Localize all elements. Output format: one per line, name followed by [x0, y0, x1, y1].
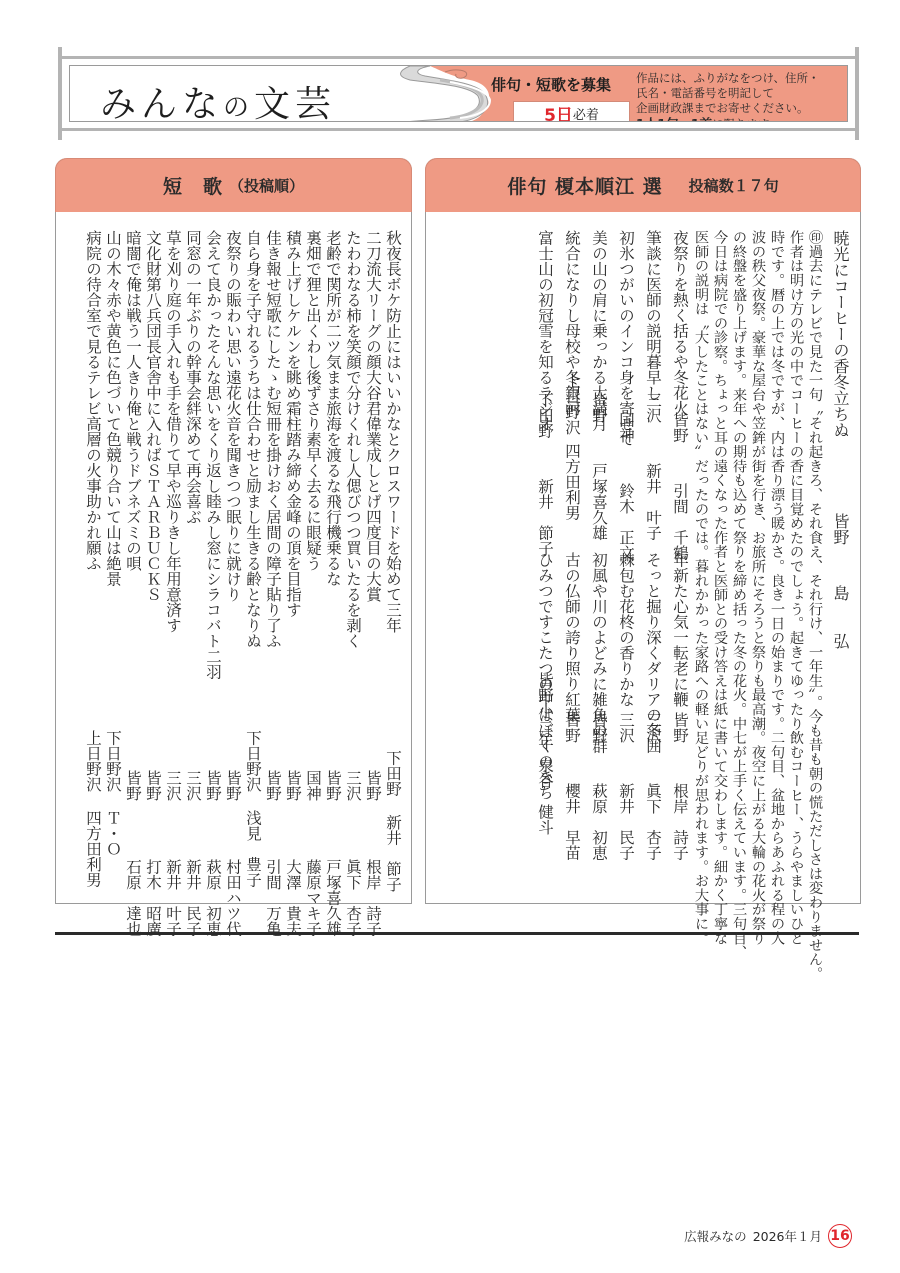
commentary-line: 作者は明け方の光の中でコーヒーの香に目覚めたのでしょう。起きてゆったり飲むコーヒ… — [786, 230, 805, 880]
author-name: 萩原 初恵 — [590, 783, 608, 861]
tanka-author: 皆野打木 昭廣 — [143, 770, 163, 937]
tanka-author: 下田野新井 節子 — [383, 750, 403, 892]
author-name: 眞下 杏子 — [344, 859, 362, 937]
tanka-header: 短 歌 （投稿順） — [55, 158, 412, 212]
tanka-author: 上日野沢四方田利男 — [83, 730, 103, 888]
author-location: 皆野 — [831, 513, 850, 545]
tanka-item: 夜祭りの賑わい思い遠花火音を聞きつつ眠りに就けり皆野村田ハツ代 — [223, 230, 243, 890]
tanka-author: 国神藤原マキ子 — [303, 770, 323, 937]
haiku-item: 年新た心気一転老に鞭皆野根岸 詩子 — [663, 552, 690, 882]
banner-inner: みんなの文芸 俳句・短歌を募集 5日 必着 作品には、ふりがなをつけ、住所・ 氏… — [69, 65, 848, 122]
author-location: 下日野沢 — [244, 730, 262, 792]
author-name: 島 弘 — [831, 585, 850, 649]
tanka-author: 三沢新井 叶子 — [163, 770, 183, 937]
page-title: みんなの文芸 — [100, 76, 336, 122]
author-location: 三沢 — [164, 770, 182, 801]
haiku-item: 筆談に医師の説明暮早し三沢新井 叶子 — [636, 230, 663, 560]
author-location: 皆野 — [590, 392, 608, 423]
tanka-poem: 同窓の一年ぶりの幹事会絆深めて再会喜ぶ — [183, 230, 203, 525]
tanka-item: 老齢で関所が二ツ気まま旅海を渡るな飛行機乗るな皆野戸塚喜久雄 — [323, 230, 343, 890]
author-location: 三沢 — [644, 392, 662, 423]
tanka-item: 草を刈り庭の手入れも手を借りて早や巡りきし年用意済す三沢新井 叶子 — [163, 230, 183, 890]
featured-author: 皆野島 弘 — [830, 513, 850, 649]
author-location: 下田野 — [536, 392, 554, 439]
author-name: 新井 節子 — [536, 479, 554, 557]
commentary-line: ㊞過去にテレビで見た一句〝それ起きろ、それ食え、それ行け、一年生〟。今も昔も朝の… — [805, 230, 824, 880]
deadline-day: 5日 — [544, 101, 573, 122]
tanka-poem: 佳き報せ短歌にしたゝむ短冊を掛けおく居間の障子貼り了ふ — [263, 230, 283, 649]
title-part-1: みんな — [100, 84, 223, 122]
author-location: 国神 — [304, 770, 322, 801]
author-location: 皆野 — [671, 712, 689, 743]
featured-poem-column: 暁光にコーヒーの香冬立ちぬ 皆野島 弘 — [824, 230, 850, 880]
tanka-poem: 秋夜長ボケ防止にはいいかなとクロスワードを始めて三年 — [383, 230, 403, 633]
tanka-panel: 短 歌 （投稿順） 秋夜長ボケ防止にはいいかなとクロスワードを始めて三年下田野新… — [55, 158, 412, 904]
issue-date: 2026年１月 — [753, 1227, 822, 1245]
author-location: 三沢 — [344, 770, 362, 801]
commentary-line: の終盤を盛り上げます。来年への期待も込めて祭りを締め括った冬の花火。中七が上手く… — [729, 230, 748, 880]
author-name: 浅見 豊子 — [244, 810, 262, 888]
author-location: 皆野 — [204, 770, 222, 801]
author-name: 戸塚喜久雄 — [324, 859, 342, 937]
haiku-poem: 筆談に医師の説明暮早し — [643, 230, 663, 401]
tanka-poem: 裏畑で狸と出くわし後ずさり素早く去るに眼疑う — [303, 230, 323, 571]
author-location: 三沢 — [184, 770, 202, 801]
author-name: 新井 民子 — [184, 859, 202, 937]
author-name: 櫻井 早苗 — [563, 783, 581, 861]
tanka-title: 短 歌 — [163, 172, 223, 199]
tanka-author: 皆野村田ハツ代 — [223, 770, 243, 937]
author-name: 根岸 詩子 — [671, 783, 689, 861]
author-name: 大澤 貴夫 — [284, 859, 302, 937]
commentary-line: 時です。暦の上では冬ですが、内は香り漂う暖かさ。良き一日の始まりです。二句目、盆… — [767, 230, 786, 880]
recruit-notes: 作品には、ふりがなをつけ、住所・ 氏名・電話番号を明記して 企画財政課までお寄せ… — [636, 71, 848, 122]
haiku-poem: 古の仏師の誇り照り紅葉 — [562, 552, 582, 723]
haiku-panel: 俳句 榎本順江 選 投稿数１７句 暁光にコーヒーの香冬立ちぬ 皆野島 弘 ㊞過去… — [425, 158, 861, 904]
author-name: 萩原 初恵 — [204, 859, 222, 937]
author-name: 新井 叶子 — [644, 463, 662, 541]
author-name: 引間 千鶴 — [671, 483, 689, 561]
tanka-author: 皆野根岸 詩子 — [363, 770, 383, 937]
tanka-item: 会えて良かったそんな思いをくり返し睦みし窓にシラコバト二羽皆野萩原 初恵 — [203, 230, 223, 890]
haiku-poem: 年新た心気一転老に鞭 — [670, 552, 690, 707]
author-name: 石原 達也 — [124, 859, 142, 937]
author-location: 下日野沢 — [104, 730, 122, 792]
haiku-author: 皆野戸塚喜久雄 — [589, 392, 609, 541]
author-name: 新井 民子 — [617, 783, 635, 861]
tanka-item: 佳き報せ短歌にしたゝむ短冊を掛けおく居間の障子貼り了ふ皆野引間 万亀 — [263, 230, 283, 890]
tanka-poem: 山の木々赤や黄色に色づいて色競り合いて山は絶景 — [103, 230, 123, 587]
page-footer: 広報みなの 2026年１月 16 — [684, 1224, 852, 1248]
commentary-line: 今日は病院での診察。ちょっと耳の遠くなった作者と医師との受け答えは紙に書いて交わ… — [710, 230, 729, 880]
haiku-count: 投稿数１７句 — [689, 175, 779, 196]
author-name: 眞下 杏子 — [644, 783, 662, 861]
author-location: 皆野 — [671, 412, 689, 443]
author-location: 上日野沢 — [563, 373, 581, 435]
author-location: 皆野 — [284, 770, 302, 801]
haiku-author: 三沢新井 叶子 — [643, 392, 663, 541]
haiku-author: 国神鈴木 正文 — [616, 412, 636, 561]
tanka-item: たわわなる柿を笑顔で分けくれし人偲びつつ買いたるを剥く三沢眞下 杏子 — [343, 230, 363, 890]
author-location: 皆野 — [563, 712, 581, 743]
tanka-poem: たわわなる柿を笑顔で分けくれし人偲びつつ買いたるを剥く — [343, 230, 363, 649]
author-name: 四方田利男 — [563, 443, 581, 521]
haiku-header: 俳句 榎本順江 選 投稿数１７句 — [425, 158, 861, 212]
commentary-line: 波の秩父夜祭。豪華な屋台や笠鉾が街を行き、お旅所にそろうと祭りも最高潮。夜空に上… — [748, 230, 767, 880]
page-number: 16 — [828, 1224, 852, 1248]
haiku-author: 下田野新井 節子 — [535, 392, 555, 556]
haiku-content: 暁光にコーヒーの香冬立ちぬ 皆野島 弘 ㊞過去にテレビで見た一句〝それ起きろ、そ… — [440, 230, 850, 890]
haiku-item: 美の山の肩に乗っかる大満月皆野戸塚喜久雄 — [582, 230, 609, 560]
haiku-author: 三沢新井 民子 — [616, 712, 636, 861]
tanka-poem: 老齢で関所が二ツ気まま旅海を渡るな飛行機乗るな — [323, 230, 343, 587]
tanka-item: 二刀流大リーグの顔大谷君偉業成しとげ四度目の大賞皆野根岸 詩子 — [363, 230, 383, 890]
haiku-list-lower: 年新た心気一転老に鞭皆野根岸 詩子そっと掘り深くダリアの冬囲三沢眞下 杏子棘包む… — [528, 552, 690, 882]
author-name: Ｔ・Ｏ — [104, 810, 122, 857]
tanka-item: 文化財第八兵団長官舎中に入ればＳＴＡＲＢＵＣＫＳ皆野打木 昭廣 — [143, 230, 163, 890]
limit-rest: に限ります。 — [712, 117, 780, 122]
tanka-poem: 二刀流大リーグの顔大谷君偉業成しとげ四度目の大賞 — [363, 230, 383, 602]
tanka-author: 皆野石原 達也 — [123, 770, 143, 937]
commentary: ㊞過去にテレビで見た一句〝それ起きろ、それ食え、それ行け、一年生〟。今も昔も朝の… — [691, 230, 824, 880]
author-location: 上日野沢 — [84, 730, 102, 792]
haiku-item: 棘包む花柊の香りかな三沢新井 民子 — [609, 552, 636, 882]
title-no: の — [223, 93, 254, 122]
tanka-item: 山の木々赤や黄色に色づいて色競り合いて山は絶景下日野沢Ｔ・Ｏ — [103, 230, 123, 890]
header-banner: みんなの文芸 俳句・短歌を募集 5日 必着 作品には、ふりがなをつけ、住所・ 氏… — [62, 56, 855, 131]
title-part-2: 文芸 — [254, 84, 336, 122]
haiku-item: 初風や川のよどみに雑魚の群皆野萩原 初恵 — [582, 552, 609, 882]
author-name: 泉谷 健斗 — [536, 758, 554, 836]
author-location: 皆野 — [224, 770, 242, 801]
haiku-author: 皆野根岸 詩子 — [670, 712, 690, 861]
author-location: 皆野 — [590, 712, 608, 743]
limit-bold: 1人1句、1首 — [636, 116, 712, 122]
author-location: 皆野 — [264, 770, 282, 801]
haiku-author: 三沢眞下 杏子 — [643, 712, 663, 861]
author-location: 皆野 — [144, 770, 162, 801]
author-name: 引間 万亀 — [264, 859, 282, 937]
author-name: 打木 昭廣 — [144, 859, 162, 937]
haiku-author: 上日野沢四方田利男 — [562, 373, 582, 521]
haiku-item: 統合になりし母校や冬銀河上日野沢四方田利男 — [555, 230, 582, 560]
commentary-line: 医師の説明は〝大したことはない〟だったのでは。暮れかかった家路への軽い足どりが思… — [691, 230, 710, 880]
tanka-item: 同窓の一年ぶりの幹事会絆深めて再会喜ぶ三沢新井 民子 — [183, 230, 203, 890]
tanka-author: 皆野大澤 貴夫 — [283, 770, 303, 937]
tanka-item: 秋夜長ボケ防止にはいいかなとクロスワードを始めて三年下田野新井 節子 — [383, 230, 403, 890]
author-name: 新井 節子 — [384, 815, 402, 893]
author-name: 藤原マキ子 — [304, 859, 322, 937]
author-location: 皆野 — [324, 770, 342, 801]
recruit-title: 俳句・短歌を募集 — [491, 74, 611, 95]
tanka-poem: 会えて良かったそんな思いをくり返し睦みし窓にシラコバト二羽 — [203, 230, 223, 680]
featured-poem: 暁光にコーヒーの香冬立ちぬ — [830, 230, 850, 438]
tanka-author: 三沢眞下 杏子 — [343, 770, 363, 937]
haiku-poem: 夜祭りを熱く括るや冬花火 — [670, 230, 690, 416]
tanka-author: 下日野沢浅見 豊子 — [243, 730, 263, 888]
tanka-poem: 自ら身を子守れるうちは仕合わせと励まし生きる齢となりぬ — [243, 230, 263, 649]
haiku-item: 古の仏師の誇り照り紅葉皆野櫻井 早苗 — [555, 552, 582, 882]
tanka-author: 三沢新井 民子 — [183, 770, 203, 937]
deadline-box: 5日 必着 — [513, 101, 630, 122]
author-location: 下田野 — [384, 750, 402, 797]
author-location: 皆野 — [364, 770, 382, 801]
author-name: 新井 叶子 — [164, 859, 182, 937]
author-name: 鈴木 正文 — [617, 483, 635, 561]
haiku-poem: 棘包む花柊の香りかな — [616, 552, 636, 707]
tanka-poem: 暗闇で俺は戦う一人きり俺と戦うドブネズミの唄 — [123, 230, 143, 571]
tanka-poem: 文化財第八兵団長官舎中に入ればＳＴＡＲＢＵＣＫＳ — [143, 230, 163, 602]
tanka-list: 秋夜長ボケ防止にはいいかなとクロスワードを始めて三年下田野新井 節子二刀流大リー… — [83, 230, 403, 890]
tanka-poem: 病院の待合室で見るテレビ高層の火事助かれ願ふ — [83, 230, 103, 571]
tanka-author: 皆野戸塚喜久雄 — [323, 770, 343, 937]
haiku-item: 富士山の初冠雪を知るラジオ下田野新井 節子 — [528, 230, 555, 560]
author-location: 三沢 — [617, 712, 635, 743]
haiku-item: ひみつですこたつの中はぼくのきち皆野小二年泉谷 健斗 — [528, 552, 555, 882]
haiku-author: 皆野引間 千鶴 — [670, 412, 690, 561]
limit-line: 1人1句、1首に限ります。 — [636, 116, 848, 122]
tanka-order-note: （投稿順） — [229, 175, 304, 196]
author-location: 国神 — [617, 412, 635, 443]
author-name: 根岸 詩子 — [364, 859, 382, 937]
haiku-title: 俳句 榎本順江 選 — [507, 172, 662, 199]
haiku-list-upper: 夜祭りを熱く括るや冬花火皆野引間 千鶴筆談に医師の説明暮早し三沢新井 叶子初氷つ… — [528, 230, 690, 560]
tanka-item: 裏畑で狸と出くわし後ずさり素早く去るに眼疑う国神藤原マキ子 — [303, 230, 323, 890]
section-divider — [55, 932, 859, 935]
haiku-item: そっと掘り深くダリアの冬囲三沢眞下 杏子 — [636, 552, 663, 882]
author-name: 四方田利男 — [84, 810, 102, 888]
note-line: 企画財政課までお寄せください。 — [636, 101, 848, 116]
haiku-author: 皆野小二年泉谷 健斗 — [535, 672, 555, 835]
author-name: 村田ハツ代 — [224, 859, 242, 937]
publication-name: 広報みなの — [684, 1227, 747, 1245]
tanka-author: 皆野萩原 初恵 — [203, 770, 223, 937]
tanka-item: 病院の待合室で見るテレビ高層の火事助かれ願ふ上日野沢四方田利男 — [83, 230, 103, 890]
tanka-poem: 草を刈り庭の手入れも手を借りて早や巡りきし年用意済す — [163, 230, 183, 633]
tanka-author: 下日野沢Ｔ・Ｏ — [103, 730, 123, 857]
haiku-author: 皆野櫻井 早苗 — [562, 712, 582, 861]
tanka-poem: 積み上げしケルンを眺め霜柱踏み締め金峰の頂を目指す — [283, 230, 303, 618]
haiku-author: 皆野萩原 初恵 — [589, 712, 609, 861]
tanka-item: 自ら身を子守れるうちは仕合わせと励まし生きる齢となりぬ下日野沢浅見 豊子 — [243, 230, 263, 890]
note-line: 氏名・電話番号を明記して — [636, 86, 848, 101]
tanka-author: 皆野引間 万亀 — [263, 770, 283, 937]
tanka-item: 暗闇で俺は戦う一人きり俺と戦うドブネズミの唄皆野石原 達也 — [123, 230, 143, 890]
tanka-item: 積み上げしケルンを眺め霜柱踏み締め金峰の頂を目指す皆野大澤 貴夫 — [283, 230, 303, 890]
author-location: 皆野小二年 — [536, 672, 554, 750]
note-line: 作品には、ふりがなをつけ、住所・ — [636, 71, 848, 86]
featured-haiku: 暁光にコーヒーの香冬立ちぬ 皆野島 弘 ㊞過去にテレビで見た一句〝それ起きろ、そ… — [691, 230, 850, 880]
haiku-item: 夜祭りを熱く括るや冬花火皆野引間 千鶴 — [663, 230, 690, 560]
tanka-poem: 夜祭りの賑わい思い遠花火音を聞きつつ眠りに就けり — [223, 230, 243, 602]
deadline-suffix: 必着 — [573, 104, 599, 122]
author-location: 三沢 — [644, 712, 662, 743]
haiku-item: 初氷つがいのインコ身を寄せて国神鈴木 正文 — [609, 230, 636, 560]
author-location: 皆野 — [124, 770, 142, 801]
author-name: 戸塚喜久雄 — [590, 463, 608, 541]
